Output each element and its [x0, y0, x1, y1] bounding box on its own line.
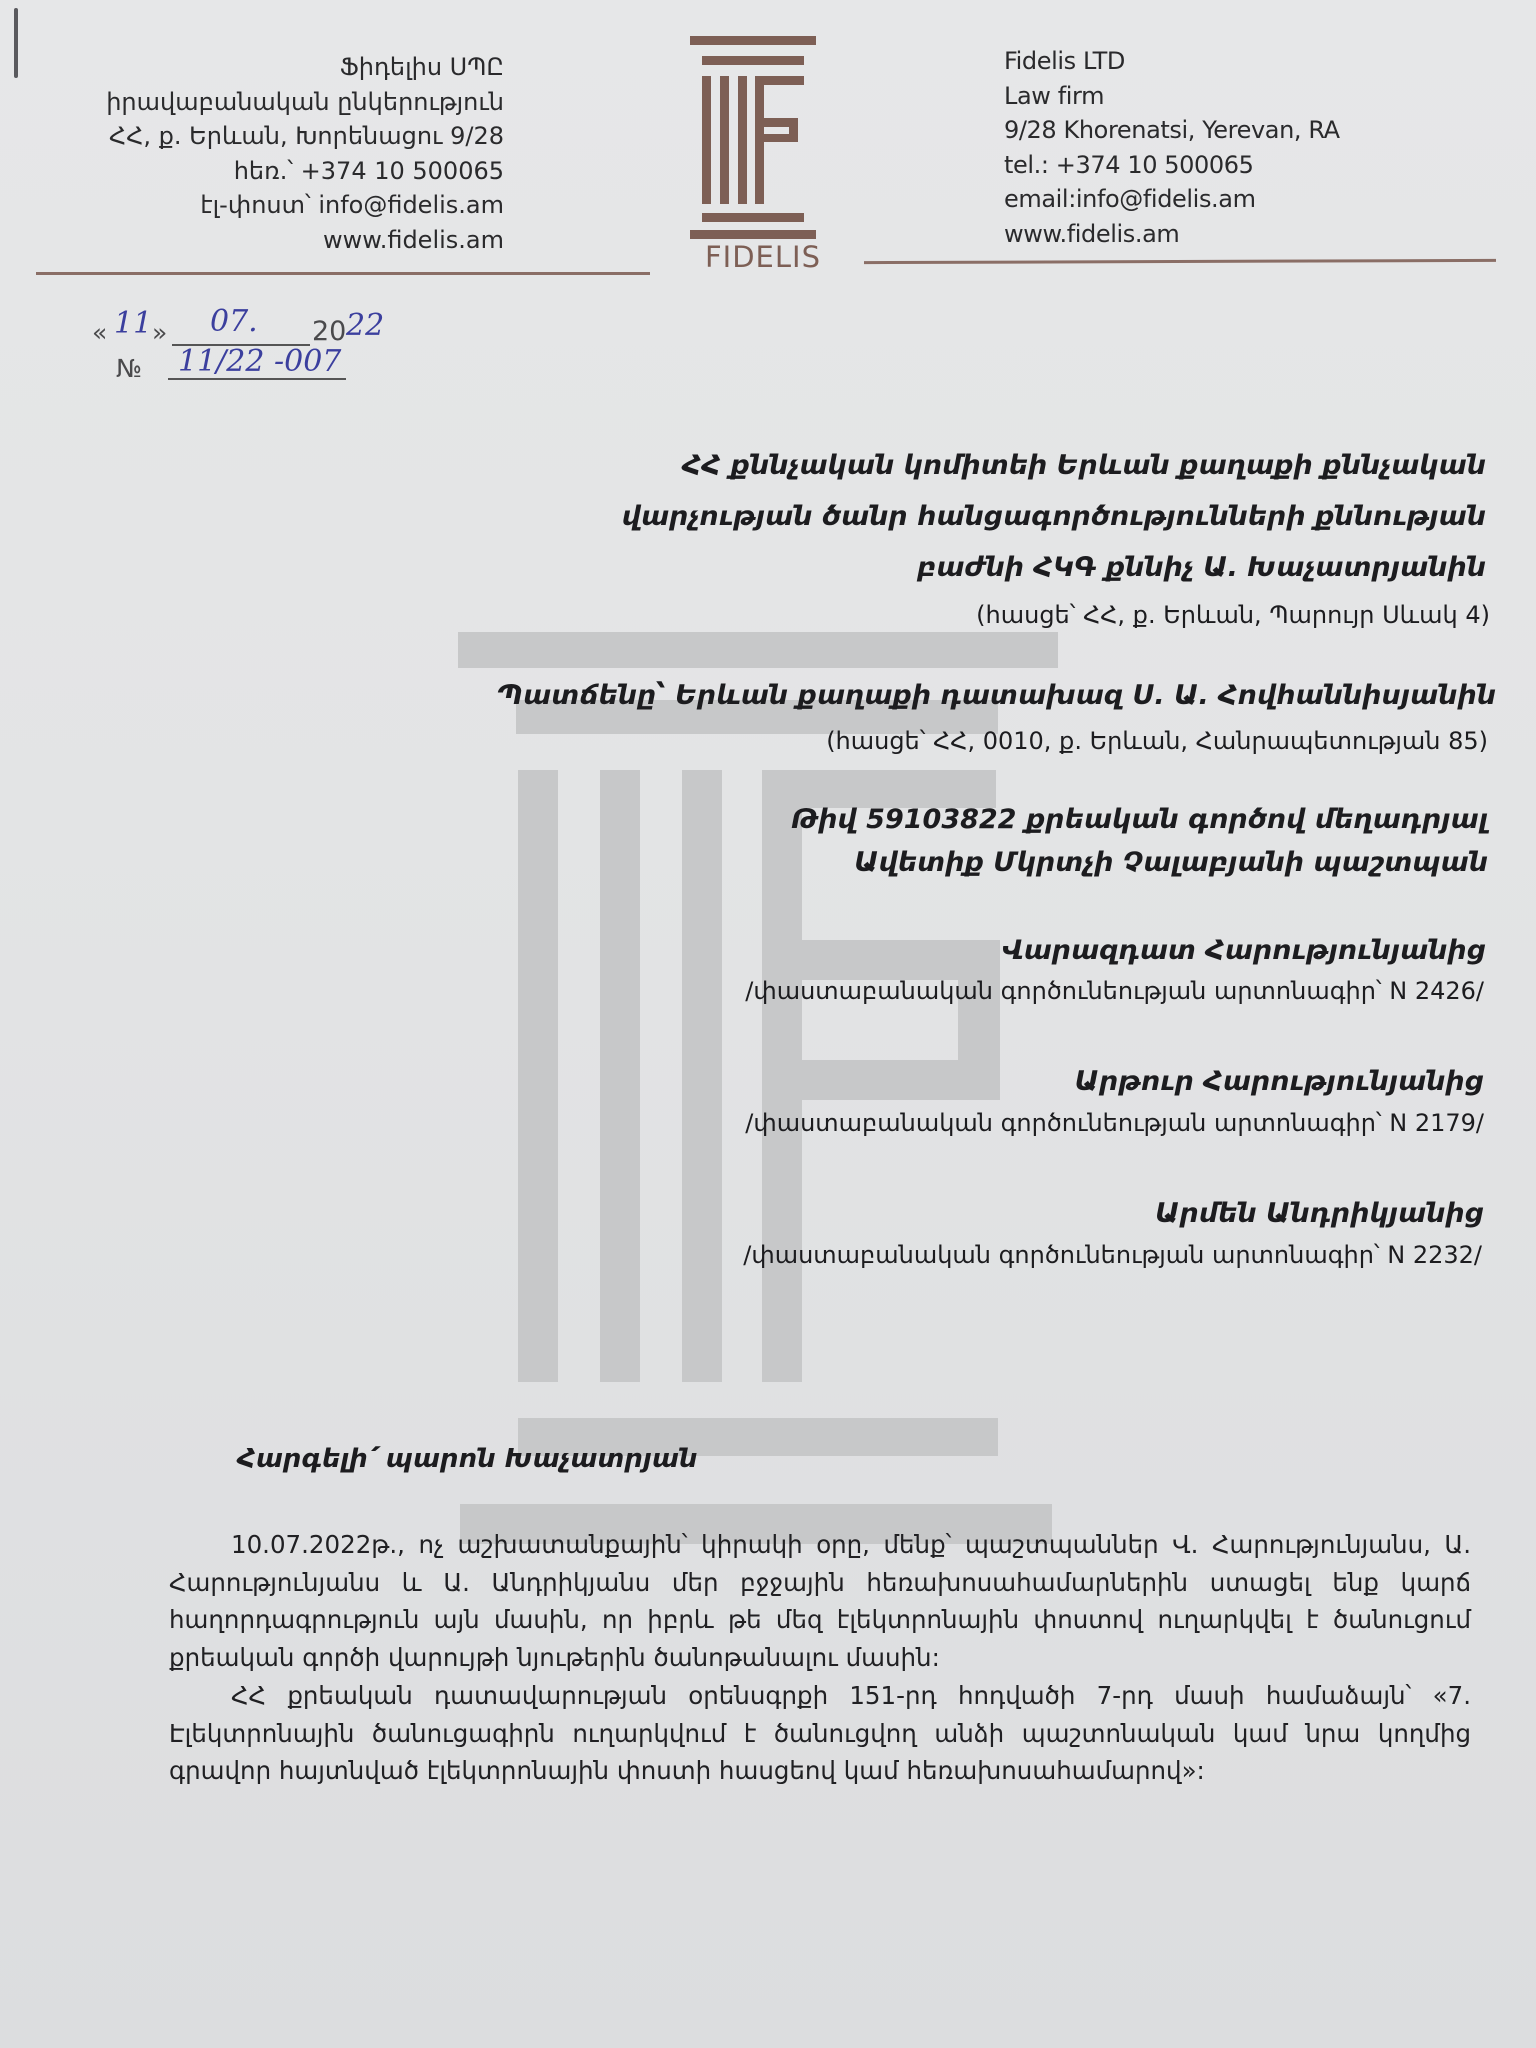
number-underline	[168, 378, 346, 380]
body-paragraph: ՀՀ քրեական դատավարության օրենսգրքի 151-ր…	[169, 1677, 1471, 1790]
recipient: ՀՀ քննչական կոմիտեի Երևան քաղաքի քննչակա…	[622, 440, 1486, 593]
email-en: email:info@fidelis.am	[1004, 182, 1340, 217]
sender-name: Արթուր Հարությունյանից	[1075, 1056, 1484, 1107]
copy-recipient: Պատճենը՝ Երևան քաղաքի դատախազ Ս. Ա. Հովհ…	[497, 670, 1496, 721]
letterhead-divider-left	[36, 272, 650, 275]
company-name-en: Fidelis LTD	[1004, 44, 1340, 79]
email-am: էլ-փոստ՝ info@fidelis.am	[106, 188, 504, 223]
company-type-en: Law firm	[1004, 79, 1340, 114]
case-line: Ավետիք Մկրտչի Չալաբյանի պաշտպան	[791, 837, 1488, 888]
company-name-am: Ֆիդելիս ՍՊԸ	[106, 50, 504, 85]
date-year-suffix: 22	[346, 308, 384, 343]
website-am: www.fidelis.am	[106, 223, 504, 258]
date-open-quote: «	[92, 318, 107, 347]
copy-recipient-address: (հասցե՝ ՀՀ, 0010, ք. Երևան, Հանրապետությ…	[826, 724, 1488, 758]
outgoing-number: 11/22 -007	[178, 344, 341, 379]
phone-en: tel.: +374 10 500065	[1004, 148, 1340, 183]
sender-license: /փաստաբանական գործունեության արտոնագիր՝ …	[745, 1106, 1484, 1140]
body-paragraph: 10.07.2022թ., ոչ աշխատանքային՝ կիրակի օր…	[169, 1526, 1471, 1677]
letter-page: Ֆիդելիս ՍՊԸ իրավաբանական ընկերություն ՀՀ…	[0, 0, 1536, 2048]
letterhead-armenian: Ֆիդելիս ՍՊԸ իրավաբանական ընկերություն ՀՀ…	[106, 50, 504, 258]
sender-license: /փաստաբանական գործունեության արտոնագիր՝ …	[743, 1238, 1482, 1272]
date-year-prefix: 20	[312, 316, 346, 347]
website-en: www.fidelis.am	[1004, 217, 1340, 252]
staple	[14, 8, 18, 78]
address-am: ՀՀ, ք. Երևան, Խորենացու 9/28	[106, 119, 504, 154]
sender-name: Վարազդատ Հարությունյանից	[1002, 925, 1486, 976]
fidelis-logo: FIDELIS	[688, 36, 828, 276]
address-en: 9/28 Khorenatsi, Yerevan, RA	[1004, 113, 1340, 148]
salutation: Հարգելի՛ պարոն Խաչատրյան	[237, 1444, 697, 1474]
letterhead-divider-right	[864, 259, 1496, 264]
letter-body: 10.07.2022թ., ոչ աշխատանքային՝ կիրակի օր…	[169, 1526, 1471, 1790]
letterhead-english: Fidelis LTD Law firm 9/28 Khorenatsi, Ye…	[1004, 44, 1340, 252]
recipient-address: (հասցե՝ ՀՀ, ք. Երևան, Պարույր Սևակ 4)	[976, 598, 1490, 632]
phone-am: հեռ.՝ +374 10 500065	[106, 154, 504, 189]
logo-wordmark: FIDELIS	[688, 240, 838, 274]
sender-name: Արմեն Անդրիկյանից	[1155, 1188, 1484, 1239]
date-close-quote: »	[152, 318, 167, 347]
date-month: 07.	[210, 304, 258, 339]
case-reference: Թիվ 59103822 քրեական գործով մեղադրյալ Ավ…	[791, 794, 1488, 888]
recipient-line: ՀՀ քննչական կոմիտեի Երևան քաղաքի քննչակա…	[622, 440, 1486, 491]
number-label: №	[116, 354, 142, 383]
date-day: 11	[114, 306, 152, 341]
sender-license: /փաստաբանական գործունեության արտոնագիր՝ …	[745, 974, 1484, 1008]
company-type-am: իրավաբանական ընկերություն	[106, 85, 504, 120]
recipient-line: բաժնի ՀԿԳ քննիչ Ա. Խաչատրյանին	[622, 542, 1486, 593]
recipient-line: վարչության ծանր հանցագործությունների քնն…	[622, 491, 1486, 542]
